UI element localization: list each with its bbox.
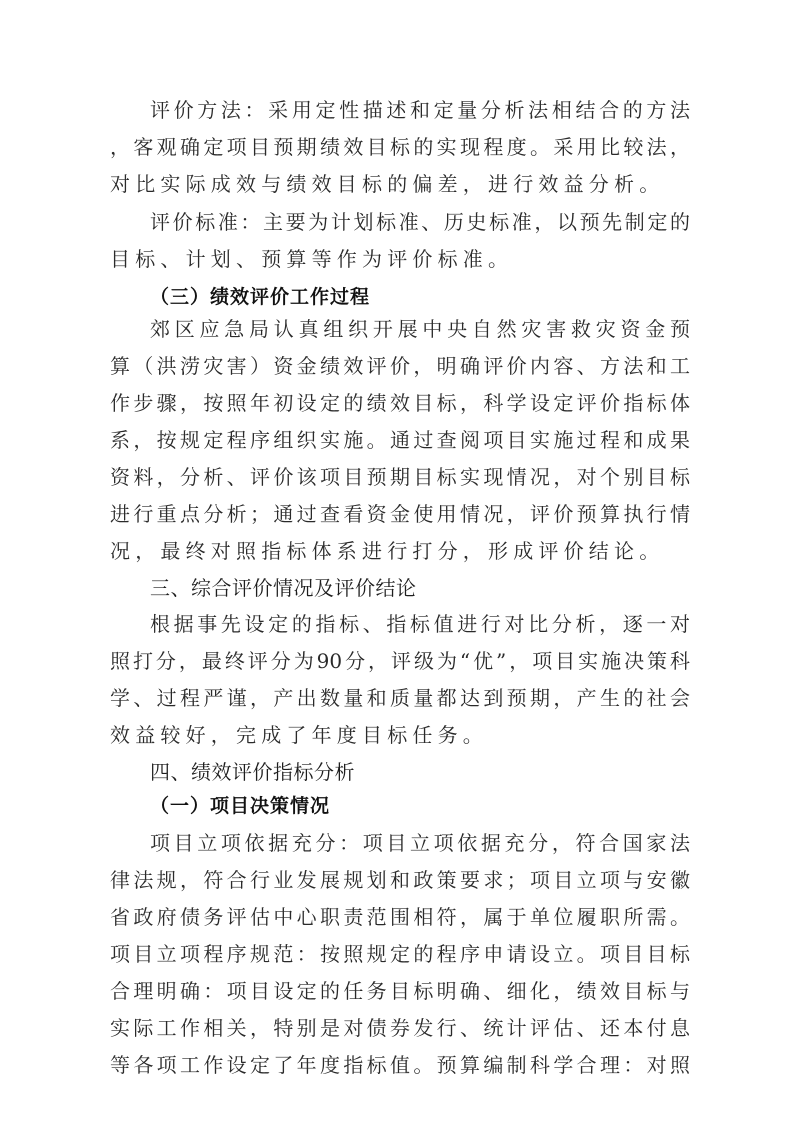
paragraph-line: 资料，分析、评价该项目预期目标实现情况，对个别目标	[110, 462, 690, 492]
document-page: 评价方法：采用定性描述和定量分析法相结合的方法，客观确定项目预期绩效目标的实现程…	[0, 0, 793, 1122]
section-heading: 四、绩效评价指标分析	[150, 757, 690, 787]
paragraph-line: 评价标准：主要为计划标准、历史标准，以预先制定的	[150, 207, 690, 237]
paragraph-line: 合理明确：项目设定的任务目标明确、细化，绩效目标与	[110, 976, 690, 1006]
paragraph-line: 况，最终对照指标体系进行打分，形成评价结论。	[110, 536, 690, 566]
paragraph-line: 对比实际成效与绩效目标的偏差，进行效益分析。	[110, 169, 690, 199]
paragraph-line: 效益较好，完成了年度目标任务。	[110, 720, 690, 750]
paragraph-line: 等各项工作设定了年度指标值。预算编制科学合理：对照	[110, 1050, 690, 1080]
paragraph-line: 系，按规定程序组织实施。通过查阅项目实施过程和成果	[110, 425, 690, 455]
paragraph-line: 根据事先设定的指标、指标值进行对比分析，逐一对	[150, 609, 690, 639]
subsection-heading: （三）绩效评价工作过程	[150, 282, 690, 312]
paragraph-line: 学、过程严谨，产出数量和质量都达到预期，产生的社会	[110, 683, 690, 713]
paragraph-line: 律法规，符合行业发展规划和政策要求；项目立项与安徽	[110, 865, 690, 895]
paragraph-line: 评价方法：采用定性描述和定量分析法相结合的方法	[150, 95, 690, 125]
paragraph-line: 目标、计划、预算等作为评价标准。	[110, 244, 690, 274]
paragraph-line: 进行重点分析；通过查看资金使用情况，评价预算执行情	[110, 499, 690, 529]
paragraph-line: ，客观确定项目预期绩效目标的实现程度。采用比较法，	[110, 132, 690, 162]
section-heading: 三、综合评价情况及评价结论	[150, 573, 690, 603]
paragraph-line: 实际工作相关，特别是对债券发行、统计评估、还本付息	[110, 1013, 690, 1043]
paragraph-line: 作步骤，按照年初设定的绩效目标，科学设定评价指标体	[110, 388, 690, 418]
paragraph-line: 算（洪涝灾害）资金绩效评价，明确评价内容、方法和工	[110, 351, 690, 381]
paragraph-line: 项目立项程序规范：按照规定的程序申请设立。项目目标	[110, 939, 690, 969]
paragraph-line: 项目立项依据充分：项目立项依据充分，符合国家法	[150, 828, 690, 858]
paragraph-line: 照打分，最终评分为90分，评级为“优”，项目实施决策科	[110, 646, 690, 676]
paragraph-line: 省政府债务评估中心职责范围相符，属于单位履职所需。	[110, 902, 690, 932]
subsection-heading: （一）项目决策情况	[150, 791, 690, 821]
paragraph-line: 郊区应急局认真组织开展中央自然灾害救灾资金预	[150, 314, 690, 344]
